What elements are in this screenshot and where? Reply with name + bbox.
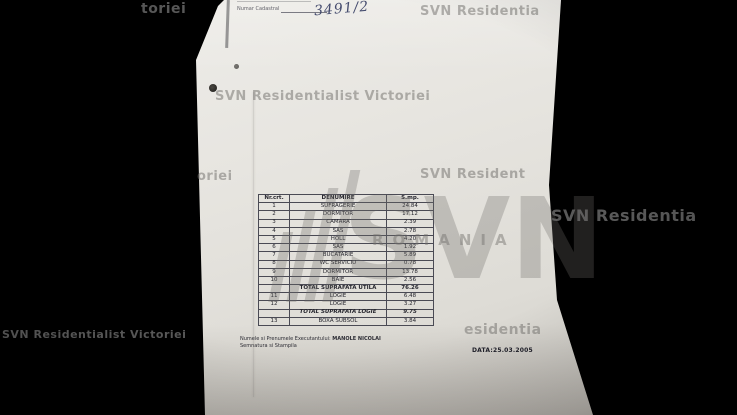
hole-punch <box>234 64 239 69</box>
cell-area: 9.75 <box>387 309 434 317</box>
table-row: TOTAL SUPRAFATA LOGIE9.75 <box>259 309 434 317</box>
cell-nr <box>259 309 290 317</box>
cell-area: 3.84 <box>387 317 434 325</box>
cell-nr: 12 <box>259 301 290 309</box>
date-text: DATA:25.03.2005 <box>472 347 533 354</box>
cell-name: TOTAL SUPRAFATA LOGIE <box>290 309 387 317</box>
watermark-text: esidentia <box>464 322 542 338</box>
cell-name: BOXA SUBSOL <box>290 317 387 325</box>
watermark-text: SVN Resident <box>420 167 525 182</box>
romania-watermark-text: ROMANIA <box>372 231 516 249</box>
header-faint-line <box>237 1 311 2</box>
watermark-text: SVN Residentialist Victoriei <box>215 89 430 104</box>
executant-line: Numele si Prenumele Executantului: MANOL… <box>240 336 381 342</box>
paper-crease <box>253 92 254 397</box>
watermark-text: SVN Residentia <box>420 4 540 19</box>
watermark-text: SVN Residentialist Victoriei <box>2 328 186 341</box>
watermark-text: toriei <box>141 1 186 17</box>
listing-photo: Numar Cadastral 3491/2 <box>0 0 737 415</box>
executant-name: MANOLE NICOLAI <box>332 336 381 342</box>
watermark-text: SVN Residentia <box>551 206 697 225</box>
signature-label: Semnatura si Stampila <box>240 343 297 349</box>
cell-nr: 13 <box>259 317 290 325</box>
watermark-text: oriei <box>197 169 233 184</box>
table-row: 13BOXA SUBSOL3.84 <box>259 317 434 325</box>
